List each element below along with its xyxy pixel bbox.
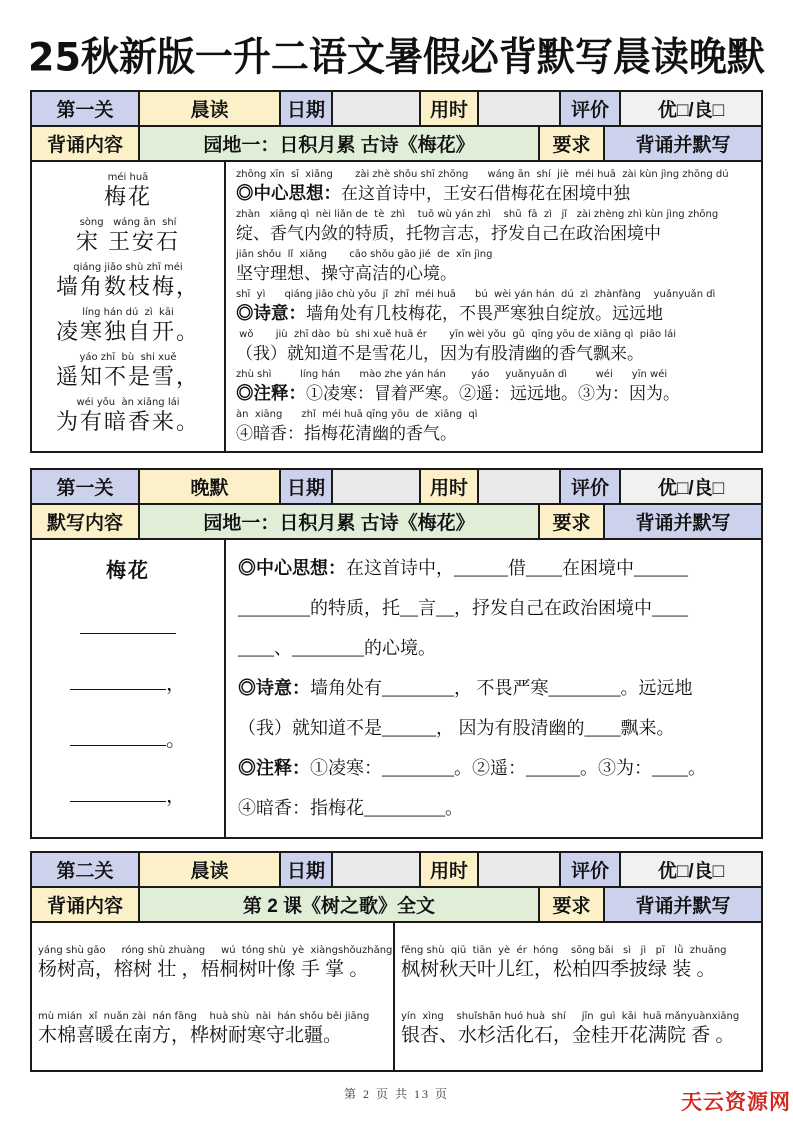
- song-right-panel: fēng shù qiū tiān yè ér hóng sōng bǎi sì…: [395, 923, 761, 1070]
- date-label-cell: 日期: [281, 470, 331, 503]
- analysis-text: 坚守理想、操守高洁的心境。: [236, 264, 457, 283]
- mode-cell: 晨读: [140, 92, 279, 125]
- require-label-cell: 要求: [540, 127, 603, 160]
- song-left-panel: yáng shù gāo róng shù zhuàng wú tóng shù…: [32, 923, 393, 1070]
- song-text: 杨树高，榕树 壮 ，梧桐树叶像 手 掌 。: [38, 957, 387, 982]
- poem-title: 梅花: [106, 554, 150, 583]
- content-title-cell: 园地一：日积月累 古诗《梅花》: [140, 127, 538, 160]
- song-line: yáng shù gāo róng shù zhuàng wú tóng shù…: [38, 945, 387, 982]
- grade-cell: 优□/良□: [621, 92, 761, 125]
- level-cell: 第一关: [32, 470, 138, 503]
- line-punct: 。: [166, 729, 186, 751]
- fill-text: （我）就知道不是______， 因为有股清幽的____飘来。: [238, 718, 675, 738]
- song-text: 木棉喜暖在南方，桦树耐寒守北疆。: [38, 1023, 387, 1048]
- level-cell: 第二关: [32, 853, 138, 886]
- eval-label-cell: 评价: [561, 470, 619, 503]
- song-line: yín xìng shuǐshān huó huà shí jīn guì kā…: [401, 1011, 755, 1048]
- song-pinyin: mù mián xǐ nuǎn zài nán fāng huà shù nài…: [38, 1011, 387, 1023]
- analysis-text: 在这首诗中，王安石借梅花在困境中独: [341, 184, 630, 203]
- song-pinyin: yín xìng shuǐshān huó huà shí jīn guì kā…: [401, 1011, 755, 1023]
- song-pinyin: fēng shù qiū tiān yè ér hóng sōng bǎi sì…: [401, 945, 755, 957]
- blank-line: ，: [70, 784, 186, 807]
- poem-line: líng hán dú zì kāi 凌寒独自开。: [56, 307, 200, 345]
- analysis-line: wǒ jiù zhī dào bù shi xuě huā ér yīn wèi…: [236, 329, 751, 366]
- date-value-cell: [333, 92, 419, 125]
- blank-line: [80, 616, 176, 639]
- song-line: fēng shù qiū tiān yè ér hóng sōng bǎi sì…: [401, 945, 755, 982]
- poem-line: yáo zhī bù shi xuě 遥知不是雪，: [56, 352, 200, 390]
- analysis-text: 墙角处有几枝梅花，不畏严寒独自绽放。远远地: [306, 304, 663, 323]
- analysis-pinyin: wǒ jiù zhī dào bù shi xuě huā ér yīn wèi…: [236, 329, 751, 341]
- blank-line: ，: [70, 672, 186, 695]
- fill-text: ________的特质，托__言__，抒发自己在政治困境中____: [238, 598, 688, 618]
- analysis-line: àn xiāng zhǐ méi huā qīng yōu de xiāng q…: [236, 409, 751, 446]
- date-value-cell: [333, 853, 419, 886]
- analysis-line: zhù shì líng hán mào zhe yán hán yáo yuǎ…: [236, 369, 751, 406]
- blank-poem-panel: 梅花 ， 。 ， 。: [32, 540, 224, 837]
- analysis-text: （我）就知道不是雪花儿，因为有股清幽的香气飘来。: [236, 344, 644, 363]
- grade-cell: 优□/良□: [621, 853, 761, 886]
- table-level1-morning: 第一关 晨读 日期 用时 评价 优□/良□ 背诵内容 园地一：日积月累 古诗《梅…: [30, 90, 763, 453]
- content-title-cell: 园地一：日积月累 古诗《梅花》: [140, 505, 538, 538]
- analysis-text: ①凌寒：冒着严寒。②遥：远远地。③为：因为。: [306, 384, 680, 403]
- poem-author: sòng wáng ān shí 宋 王安石: [76, 217, 180, 255]
- analysis-line: shī yì qiáng jiǎo chù yǒu jǐ zhī méi huā…: [236, 289, 751, 326]
- date-label-cell: 日期: [281, 853, 331, 886]
- song-text: 枫树秋天叶儿红，松柏四季披绿 装 。: [401, 957, 755, 982]
- analysis-line: zhōng xīn sī xiǎng zài zhè shǒu shī zhōn…: [236, 169, 751, 206]
- fill-line: ◎注释：①凌寒：________。②遥：______。③为：____。: [238, 748, 749, 788]
- analysis-text: ④暗香：指梅花清幽的香气。: [236, 424, 457, 443]
- require-value-cell: 背诵并默写: [605, 888, 761, 921]
- time-value-cell: [479, 853, 559, 886]
- poem-panel: méi huā 梅花 sòng wáng ān shí 宋 王安石 qiáng …: [32, 162, 224, 451]
- analysis-label: ◎诗意：: [236, 303, 306, 323]
- page-number: 第 2 页 共 13 页: [0, 1085, 793, 1102]
- write-line: [70, 784, 166, 802]
- fill-in-panel: ◎中心思想：在这首诗中，______借____在困境中______ ______…: [226, 540, 761, 837]
- grade-cell: 优□/良□: [621, 470, 761, 503]
- line-punct: ，: [166, 785, 186, 807]
- mode-cell: 晨读: [140, 853, 279, 886]
- body-row: 梅花 ， 。 ， 。 ◎中心思想：在这首诗中，______借____在困境中__…: [32, 540, 761, 837]
- mode-cell: 晚默: [140, 470, 279, 503]
- analysis-panel: zhōng xīn sī xiǎng zài zhè shǒu shī zhōn…: [226, 162, 761, 451]
- line-punct: ，: [166, 673, 186, 695]
- write-line: [70, 728, 166, 746]
- eval-label-cell: 评价: [561, 853, 619, 886]
- body-row: yáng shù gāo róng shù zhuàng wú tóng shù…: [32, 923, 761, 1070]
- fill-label: ◎注释：: [238, 758, 310, 778]
- time-label-cell: 用时: [421, 92, 477, 125]
- analysis-pinyin: zhù shì líng hán mào zhe yán hán yáo yuǎ…: [236, 369, 751, 381]
- fill-line: ◎中心思想：在这首诗中，______借____在困境中______: [238, 548, 749, 588]
- poem-line-pinyin: yáo zhī bù shi xuě: [56, 352, 200, 364]
- analysis-pinyin: àn xiāng zhǐ méi huā qīng yōu de xiāng q…: [236, 409, 751, 421]
- fill-label: ◎中心思想：: [238, 558, 346, 578]
- header-row-2: 默写内容 园地一：日积月累 古诗《梅花》 要求 背诵并默写: [32, 505, 761, 538]
- fill-text: ____、________的心境。: [238, 638, 436, 658]
- song-line: mù mián xǐ nuǎn zài nán fāng huà shù nài…: [38, 1011, 387, 1048]
- body-row: méi huā 梅花 sòng wáng ān shí 宋 王安石 qiáng …: [32, 162, 761, 451]
- fill-text: 墙角处有________， 不畏严寒________。远远地: [310, 678, 693, 698]
- write-line: [70, 672, 166, 690]
- time-value-cell: [479, 92, 559, 125]
- table-level2-morning: 第二关 晨读 日期 用时 评价 优□/良□ 背诵内容 第 2 课《树之歌》全文 …: [30, 851, 763, 1072]
- date-label-cell: 日期: [281, 92, 331, 125]
- analysis-line: jiān shǒu lǐ xiǎng cāo shǒu gāo jié de x…: [236, 249, 751, 286]
- fill-label: ◎诗意：: [238, 678, 310, 698]
- fill-text: 在这首诗中，______借____在困境中______: [346, 558, 688, 578]
- poem-line-pinyin: líng hán dú zì kāi: [56, 307, 200, 319]
- fill-line: （我）就知道不是______， 因为有股清幽的____飘来。: [238, 708, 749, 748]
- header-row-2: 背诵内容 第 2 课《树之歌》全文 要求 背诵并默写: [32, 888, 761, 921]
- poem-title-pinyin: méi huā: [104, 172, 152, 184]
- content-label-cell: 默写内容: [32, 505, 138, 538]
- table-level1-evening: 第一关 晚默 日期 用时 评价 优□/良□ 默写内容 园地一：日积月累 古诗《梅…: [30, 468, 763, 839]
- content-label-cell: 背诵内容: [32, 888, 138, 921]
- poem-title: méi huā 梅花: [104, 172, 152, 210]
- poem-line-pinyin: wéi yǒu àn xiāng lái: [56, 397, 200, 409]
- write-line: [80, 616, 176, 634]
- require-value-cell: 背诵并默写: [605, 127, 761, 160]
- time-value-cell: [479, 470, 559, 503]
- time-label-cell: 用时: [421, 470, 477, 503]
- date-value-cell: [333, 470, 419, 503]
- blank-line: 。: [70, 728, 186, 751]
- fill-line: ◎诗意：墙角处有________， 不畏严寒________。远远地: [238, 668, 749, 708]
- poem-line-pinyin: qiáng jiǎo shù zhī méi: [56, 262, 200, 274]
- analysis-pinyin: zhōng xīn sī xiǎng zài zhè shǒu shī zhōn…: [236, 169, 751, 181]
- fill-line: ________的特质，托__言__，抒发自己在政治困境中____: [238, 588, 749, 628]
- require-value-cell: 背诵并默写: [605, 505, 761, 538]
- site-logo: 天云资源网: [681, 1086, 791, 1116]
- content-title-cell: 第 2 课《树之歌》全文: [140, 888, 538, 921]
- analysis-pinyin: zhàn xiāng qì nèi liǎn de tè zhì tuō wù …: [236, 209, 751, 221]
- analysis-pinyin: jiān shǒu lǐ xiǎng cāo shǒu gāo jié de x…: [236, 249, 751, 261]
- fill-line: ④暗香：指梅花_________。: [238, 788, 749, 828]
- eval-label-cell: 评价: [561, 92, 619, 125]
- poem-author-pinyin: sòng wáng ān shí: [76, 217, 180, 229]
- header-row-1: 第二关 晨读 日期 用时 评价 优□/良□: [32, 853, 761, 886]
- song-text: 银杏、水杉活化石，金桂开花满院 香 。: [401, 1023, 755, 1048]
- time-label-cell: 用时: [421, 853, 477, 886]
- analysis-label: ◎注释：: [236, 383, 306, 403]
- analysis-line: zhàn xiāng qì nèi liǎn de tè zhì tuō wù …: [236, 209, 751, 246]
- require-label-cell: 要求: [540, 888, 603, 921]
- level-cell: 第一关: [32, 92, 138, 125]
- analysis-text: 绽、香气内敛的特质，托物言志，抒发自己在政治困境中: [236, 224, 661, 243]
- song-pinyin: yáng shù gāo róng shù zhuàng wú tóng shù…: [38, 945, 387, 957]
- page-title: 25秋新版一升二语文暑假必背默写晨读晚默: [28, 29, 765, 85]
- analysis-label: ◎中心思想：: [236, 183, 341, 203]
- analysis-pinyin: shī yì qiáng jiǎo chù yǒu jǐ zhī méi huā…: [236, 289, 751, 301]
- poem-line: wéi yǒu àn xiāng lái 为有暗香来。: [56, 397, 200, 435]
- header-row-1: 第一关 晚默 日期 用时 评价 优□/良□: [32, 470, 761, 503]
- require-label-cell: 要求: [540, 505, 603, 538]
- fill-text: ④暗香：指梅花_________。: [238, 798, 463, 818]
- header-row-1: 第一关 晨读 日期 用时 评价 优□/良□: [32, 92, 761, 125]
- content-label-cell: 背诵内容: [32, 127, 138, 160]
- poem-line: qiáng jiǎo shù zhī méi 墙角数枝梅，: [56, 262, 200, 300]
- header-row-2: 背诵内容 园地一：日积月累 古诗《梅花》 要求 背诵并默写: [32, 127, 761, 160]
- fill-line: ____、________的心境。: [238, 628, 749, 668]
- fill-text: ①凌寒：________。②遥：______。③为：____。: [310, 758, 706, 778]
